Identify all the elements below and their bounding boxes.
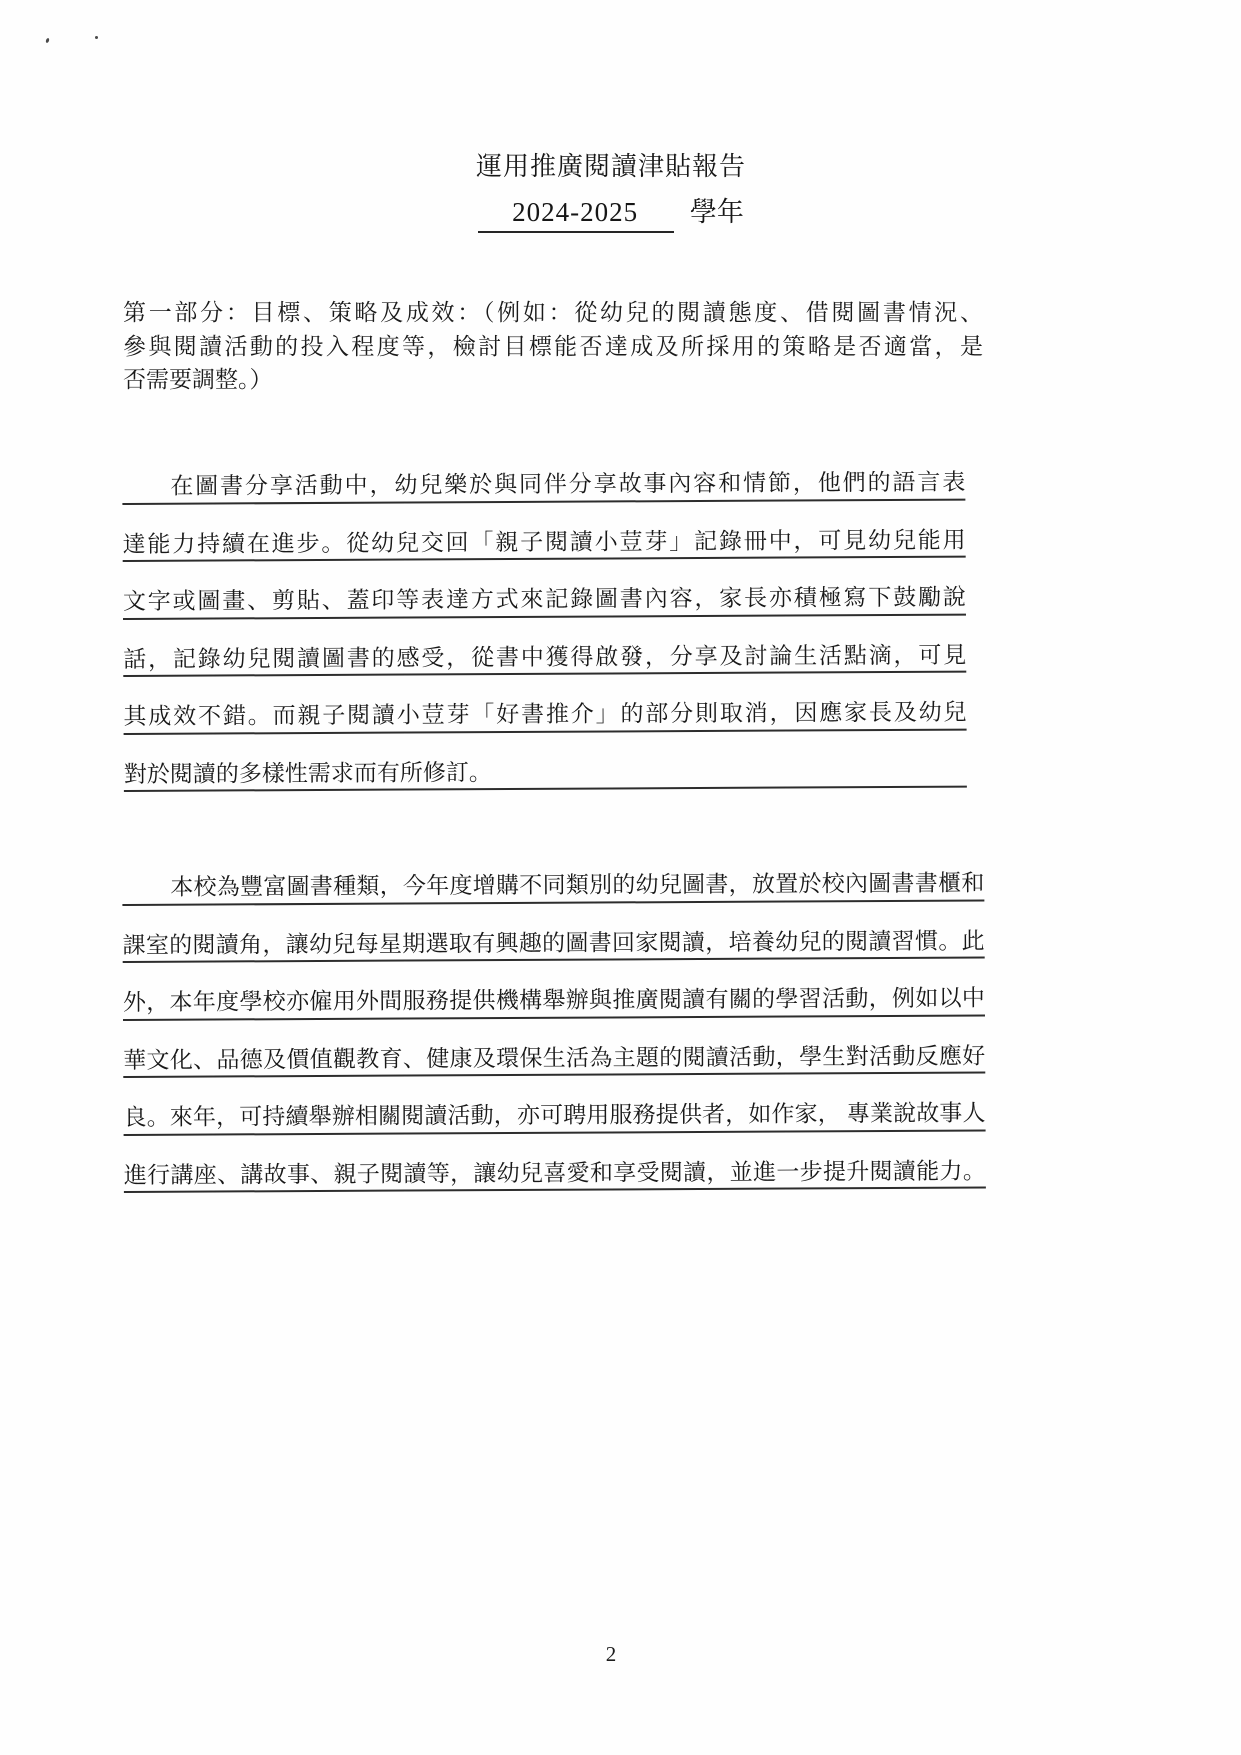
paragraph-1-line: 在圖書分享活動中，幼兒樂於與同伴分享故事內容和情節，他們的語言表 — [122, 443, 965, 505]
school-year-suffix: 學年 — [690, 197, 744, 227]
paragraph-2-line: 良。來年，可持續舉辦相關閱讀活動，亦可聘用服務提供者，如作家， 專業說故事人 — [123, 1073, 985, 1135]
paragraph-1-line: 達能力持續在進步。從幼兒交回「親子閱讀小荳芽」記錄冊中，可見幼兒能用 — [122, 500, 965, 562]
paragraph-2-line: 華文化、品德及價值觀教育、健康及環保生活為主題的閱讀活動，學生對活動反應好 — [123, 1016, 985, 1078]
paragraph-1-line: 其成效不錯。而親子閱讀小荳芽「好書推介」的部分則取消，因應家長及幼兒 — [123, 673, 966, 735]
paragraph-2-line: 本校為豐富圖書種類，今年度增購不同類別的幼兒圖書，放置於校內圖書書櫃和 — [122, 843, 984, 905]
paragraph-1: 在圖書分享活動中，幼兒樂於與同伴分享故事內容和情節，他們的語言表 達能力持續在進… — [122, 443, 967, 792]
document-subtitle: 2024-2025 學年 — [0, 190, 1222, 233]
intro-line: 參與閱讀活動的投入程度等，檢討目標能否達成及所採用的策略是否適當，是 — [123, 330, 983, 364]
scan-speck — [95, 36, 98, 39]
paragraph-2-line: 外，本年度學校亦僱用外間服務提供機構舉辦與推廣閱讀有關的學習活動，例如以中 — [123, 958, 985, 1020]
paragraph-1-line: 文字或圖畫、剪貼、蓋印等表達方式來記錄圖書內容，家長亦積極寫下鼓勵說 — [123, 558, 966, 620]
paragraph-2-line: 課室的閱讀角，讓幼兒每星期選取有興趣的圖書回家閱讀，培養幼兒的閱讀習慣。此 — [122, 901, 984, 963]
document-title: 運用推廣閱讀津貼報告 — [0, 146, 1222, 183]
intro-line: 第一部分：目標、策略及成效：（例如：從幼兒的閱讀態度、借閱圖書情況、 — [123, 296, 983, 330]
page-number: 2 — [0, 1642, 1222, 1667]
section-one-heading: 第一部分：目標、策略及成效：（例如：從幼兒的閱讀態度、借閱圖書情況、 參與閱讀活… — [123, 296, 983, 397]
paragraph-1-line: 對於閱讀的多樣性需求而有所修訂。 — [124, 730, 967, 792]
school-year-value: 2024-2025 — [478, 197, 674, 233]
paragraph-2: 本校為豐富圖書種類，今年度增購不同類別的幼兒圖書，放置於校內圖書書櫃和 課室的閱… — [122, 843, 986, 1193]
scan-speck — [45, 38, 50, 44]
document-header: 運用推廣閱讀津貼報告 2024-2025 學年 — [0, 146, 1222, 233]
document-page: 運用推廣閱讀津貼報告 2024-2025 學年 第一部分：目標、策略及成效：（例… — [0, 0, 1241, 1755]
paragraph-2-line: 進行講座、講故事、親子閱讀等，讓幼兒喜愛和享受閱讀，並進一步提升閱讀能力。 — [124, 1131, 986, 1193]
paragraph-1-line: 話，記錄幼兒閱讀圖書的感受，從書中獲得啟發，分享及討論生活點滴，可見 — [123, 615, 966, 677]
intro-line: 否需要調整。） — [123, 363, 983, 397]
